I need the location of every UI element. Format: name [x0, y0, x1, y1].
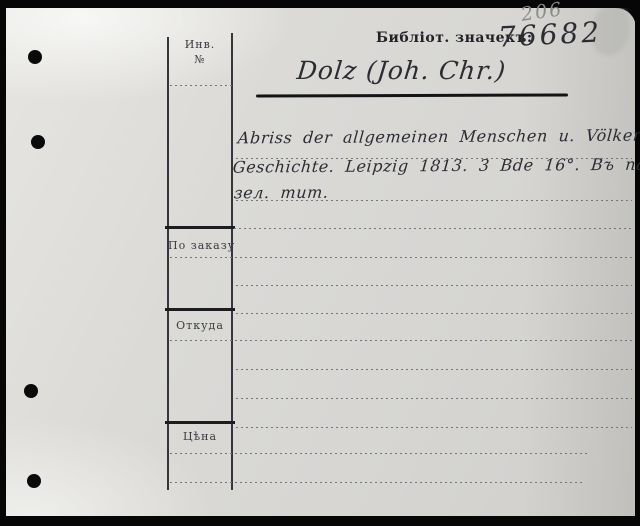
dotted-rule [236, 427, 632, 428]
punch-hole-4 [27, 474, 41, 488]
dotted-rule [236, 369, 632, 370]
dotted-rule-bottom [170, 482, 585, 483]
field-label-price: Цѣна [168, 430, 232, 443]
section-divider-price [165, 421, 235, 424]
dotted-rule [236, 285, 632, 286]
dotted-rule-order [170, 257, 632, 258]
dotted-rule-origin [170, 340, 632, 341]
entry-body-line: Abriss der allgemeinen Menschen u. Völke… [237, 126, 640, 148]
punch-hole-3 [24, 384, 38, 398]
entry-body-line: зел. тит. [233, 183, 329, 203]
dotted-rule-inventory [170, 85, 234, 86]
author-heading: Dolz (Joh. Chr.) [295, 56, 507, 85]
field-label-order: По заказу [168, 239, 232, 252]
scan-edge-left [0, 0, 6, 510]
field-label-inventory: Инв. [168, 38, 232, 51]
punch-hole-2 [31, 135, 45, 149]
dotted-rule [234, 228, 632, 229]
field-label-origin: Откуда [168, 319, 232, 332]
scan-edge-bottom [0, 517, 640, 526]
scan-edge-right [635, 0, 640, 526]
punch-hole-1 [28, 50, 42, 64]
entry-body-line: Geschichte. Leipzig 1813. 3 Bde 16°. Въ … [232, 154, 640, 176]
dotted-rule [236, 398, 632, 399]
section-divider-origin [165, 308, 235, 311]
scanned-catalog-card-page: Инв. № По заказу Откуда Цѣна Библіот. зн… [0, 0, 640, 526]
dotted-rule [236, 313, 632, 314]
section-divider-order [165, 226, 235, 229]
dotted-rule-price [170, 453, 590, 454]
field-label-inventory-number: № [168, 53, 232, 66]
